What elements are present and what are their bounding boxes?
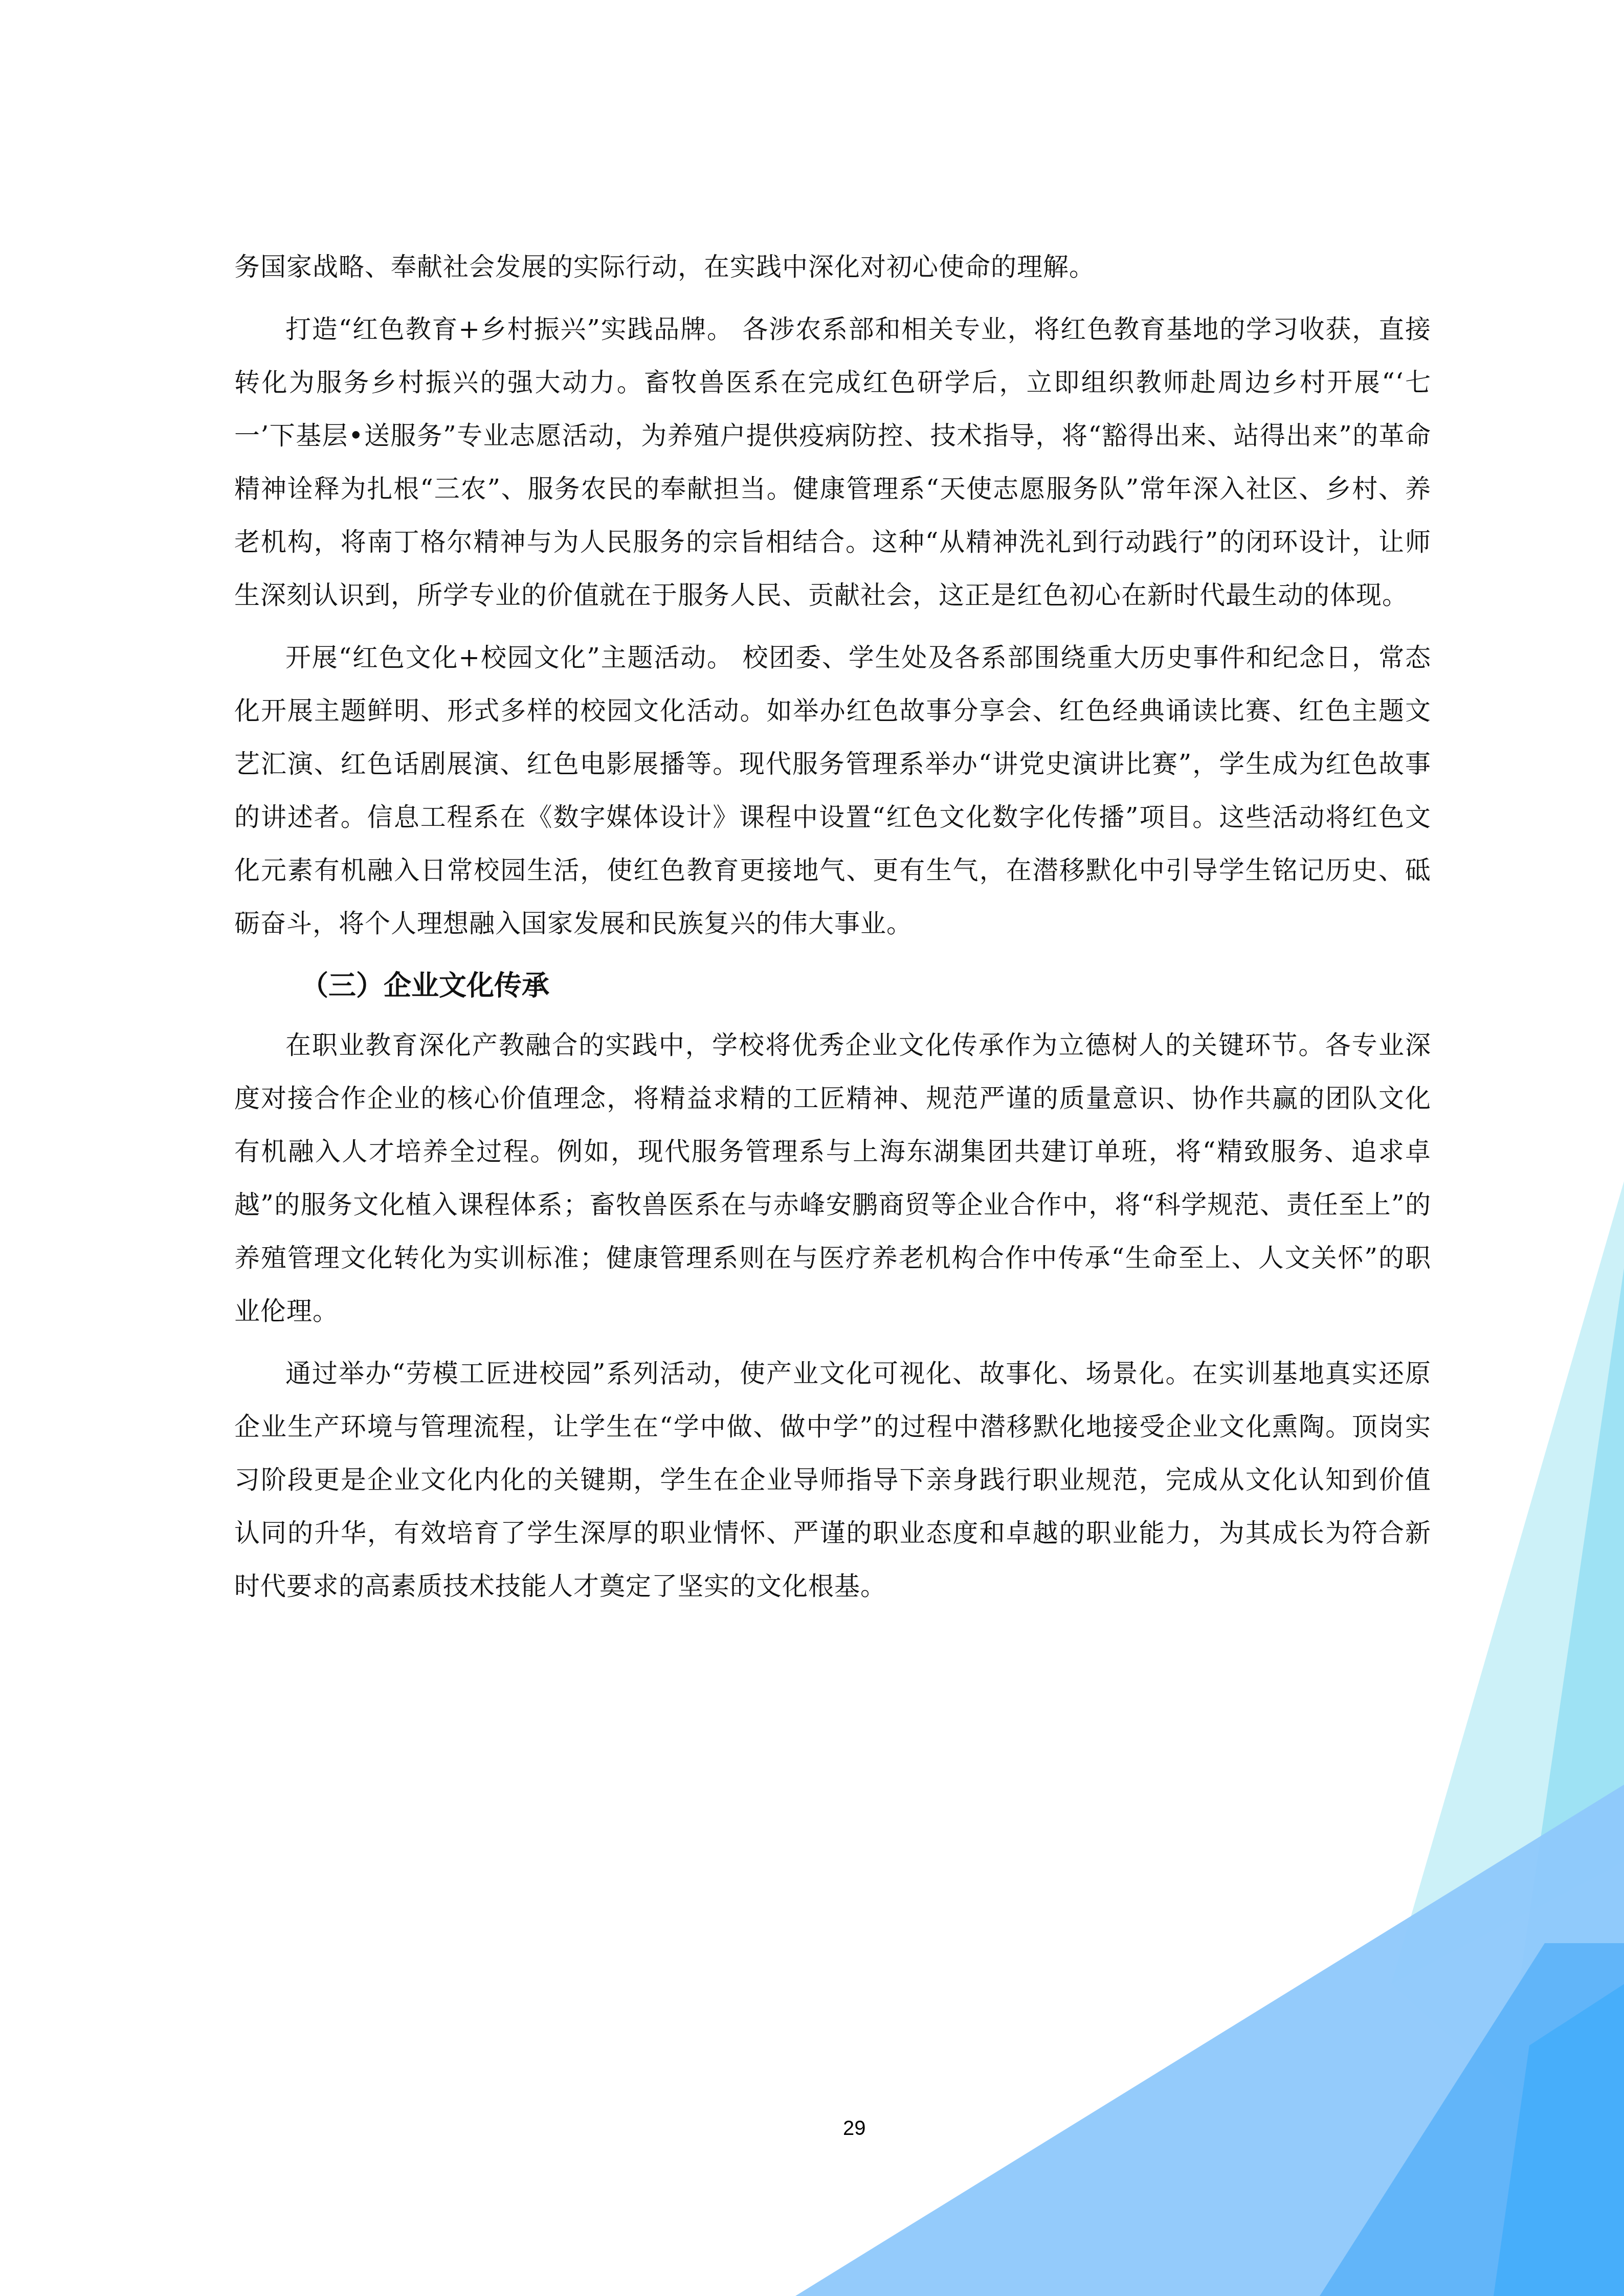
- section-heading: （三）企业文化传承: [234, 959, 1431, 1012]
- paragraph-model-workers-activities: 通过举办“劳模工匠进校园”系列活动，使产业文化可视化、故事化、场景化。在实训基地…: [234, 1347, 1431, 1613]
- deco-triangle-medium-blue: [1320, 1943, 1624, 2296]
- document-body: 务国家战略、奉献社会发展的实际行动，在实践中深化对初心使命的理解。 打造“红色教…: [234, 240, 1431, 1622]
- page-number: 29: [843, 2117, 866, 2140]
- deco-triangle-lavender: [1391, 1861, 1624, 2194]
- paragraph-continuation: 务国家战略、奉献社会发展的实际行动，在实践中深化对初心使命的理解。: [234, 240, 1431, 294]
- deco-triangle-bright-blue: [1494, 1984, 1624, 2296]
- deco-triangle-light-blue: [795, 1785, 1624, 2296]
- document-page: 务国家战略、奉献社会发展的实际行动，在实践中深化对初心使命的理解。 打造“红色教…: [0, 0, 1624, 2296]
- deco-triangle-light-cyan: [1514, 1268, 1624, 2020]
- paragraph-red-education-rural-revitalization: 打造“红色教育+乡村振兴”实践品牌。 各涉农系部和相关专业，将红色教育基地的学习…: [234, 303, 1431, 622]
- paragraph-red-culture-campus-culture: 开展“红色文化+校园文化”主题活动。 校团委、学生处及各系部围绕重大历史事件和纪…: [234, 631, 1431, 950]
- paragraph-enterprise-culture-integration: 在职业教育深化产教融合的实践中，学校将优秀企业文化传承作为立德树人的关键环节。各…: [234, 1019, 1431, 1338]
